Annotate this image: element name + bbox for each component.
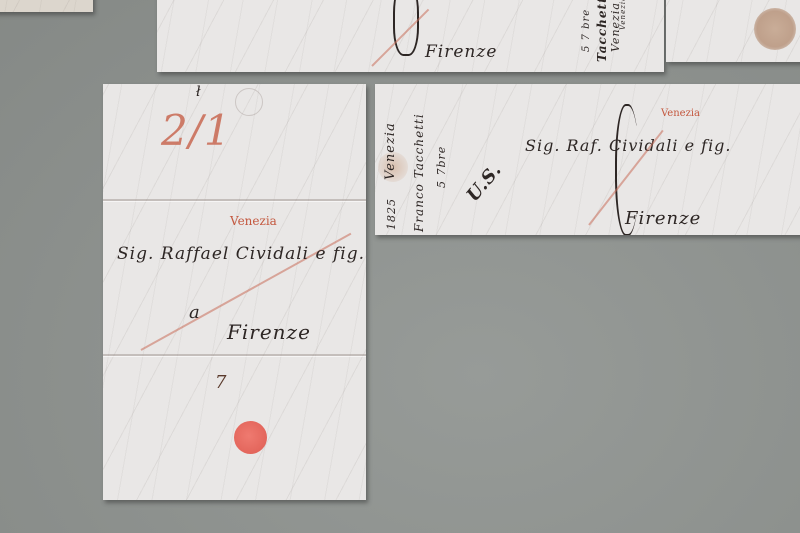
faint-seal-impression [235, 88, 263, 116]
address-line: a [189, 302, 201, 323]
docket-year: 1825 [385, 198, 398, 230]
city-text: Firenze [625, 208, 701, 229]
letter-left-large: 2/1 ł Venezia Sig. Raffael Cividali e fi… [103, 84, 366, 500]
docket-line: Tacchetti [595, 0, 609, 62]
fold-line [103, 354, 366, 356]
fold-line [103, 199, 366, 201]
rate-marking: 2/1 [161, 106, 232, 155]
letter-right-wide: 1825 Venezia Franco Tacchetti 5 7bre U.S… [375, 84, 800, 235]
city-text: Firenze [425, 42, 497, 62]
docket-line: Venezia [609, 2, 622, 52]
address-line: Sig. Raffael Cividali e fig. [117, 244, 365, 264]
city-text: Firenze [227, 320, 311, 344]
letter-fragment-top-left [0, 0, 93, 12]
venezia-postmark: Venezia [230, 214, 277, 228]
venezia-postmark: Venezia [661, 108, 700, 119]
red-wax-seal [234, 421, 267, 454]
docket-city: Venezia [383, 122, 398, 180]
small-ink-mark: 7 [215, 372, 227, 393]
rate-marking: U.S. [463, 159, 507, 205]
ink-loop-mark [393, 0, 419, 56]
docket-date: 5 7bre [435, 146, 448, 188]
letter-top-center: Firenze Venezia Venezia Tacchetti 5 7 br… [157, 0, 664, 72]
docket-line: 5 7 bre [581, 9, 592, 52]
letter-fragment-top-right [666, 0, 800, 62]
wax-seal-residue [754, 8, 796, 50]
ink-mark: ł [196, 84, 202, 100]
docket-sender: Franco Tacchetti [412, 113, 426, 232]
